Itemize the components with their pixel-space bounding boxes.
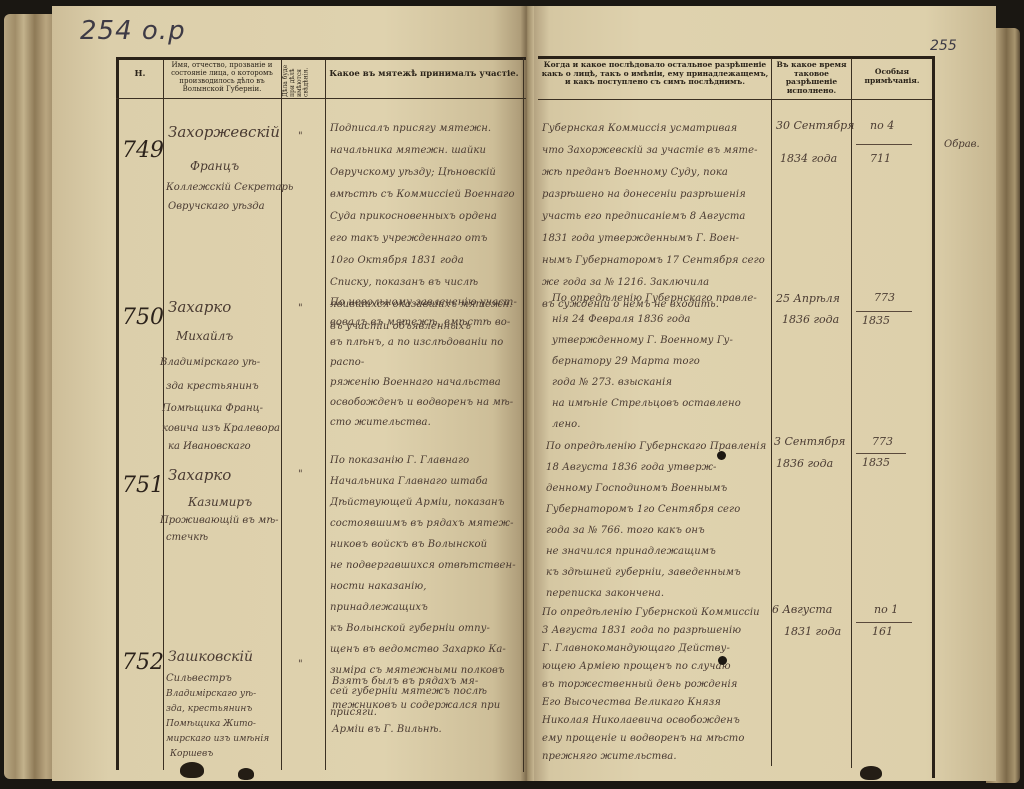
- entry-residence: Проживающій въ мѣ-: [160, 516, 279, 526]
- entry-surname: Захарко: [168, 300, 231, 315]
- entry-district: Владимірскаго уѣ-: [160, 358, 260, 368]
- entry-surname: Захарко: [168, 468, 231, 483]
- header-resolution: Когда и какое послѣдовало остальное разр…: [540, 61, 770, 87]
- entry-resolution: По опредѣленію Губернской Коммиссіи 3 Ав…: [542, 604, 768, 766]
- entry-notes-top: по 1: [874, 604, 898, 615]
- entry-estate: ": [298, 470, 303, 480]
- left-header-rule: [116, 98, 526, 99]
- entry-executed-year: 1834 года: [780, 153, 837, 164]
- left-outer-rule: [116, 58, 119, 770]
- entry-estate: ": [298, 660, 303, 670]
- entry-estate: ": [298, 132, 303, 142]
- left-page-number: 254 о.р: [80, 16, 186, 46]
- entry-executed-date: 25 Апрѣля: [776, 293, 840, 304]
- entry-number: 750: [122, 307, 164, 329]
- right-header-rule: [538, 99, 934, 100]
- entry-notes-top: по 4: [870, 120, 894, 131]
- fraction-line: [856, 311, 912, 312]
- paper-hole: [717, 451, 726, 460]
- entry-district: Владимірскаго уѣ-: [166, 690, 256, 699]
- entry-owner-cont: ковича изъ Кралевора: [162, 424, 280, 434]
- entry-notes-bottom: 711: [870, 153, 891, 164]
- entry-executed-year: 1836 года: [782, 314, 839, 325]
- entry-estate: ": [298, 304, 303, 314]
- header-executed: Въ какое время таковое разрѣшеніе исполн…: [773, 61, 850, 96]
- right-col-rule-2: [851, 58, 852, 768]
- paper-hole: [718, 656, 727, 665]
- left-top-rule: [116, 57, 526, 60]
- entry-rank: Коллежскій Секретарь: [166, 183, 293, 193]
- right-col-rule-1: [771, 58, 772, 766]
- left-col-rule-4: [523, 58, 524, 772]
- entry-notes-bottom: 161: [872, 626, 893, 637]
- entry-first-name: Казимиръ: [188, 496, 252, 508]
- margin-note: Обрав.: [944, 140, 980, 150]
- entry-executed-year: 1831 года: [784, 626, 841, 637]
- entry-owner-cont2: Коршевъ: [170, 750, 213, 759]
- left-col-rule-3: [325, 60, 326, 770]
- header-number: Н.: [118, 70, 162, 80]
- entry-first-name: Сильвестръ: [166, 674, 232, 684]
- entry-notes-bottom: 1835: [862, 315, 890, 326]
- entry-district: Овручскаго уѣзда: [168, 202, 265, 212]
- entry-number: 749: [122, 140, 164, 162]
- entry-executed-year: 1836 года: [776, 458, 833, 469]
- fraction-line: [856, 144, 912, 145]
- header-estate: Дѣла буде при дѣлѣ имѣются свѣдѣнія.: [283, 61, 323, 97]
- entry-first-name: Францъ: [190, 160, 239, 172]
- entry-notes-bottom: 1835: [862, 457, 890, 468]
- right-top-rule: [538, 56, 934, 59]
- entry-surname: Захоржевскій: [168, 125, 280, 140]
- entry-residence-cont: стечкѣ: [166, 533, 208, 543]
- fraction-line: [856, 622, 912, 623]
- left-col-rule-2: [281, 60, 282, 770]
- entry-participation: По невольному завлеченію участ- вовалъ в…: [330, 293, 522, 433]
- entry-resolution: По опредѣленію Губернскаго Правленія 18 …: [546, 436, 768, 604]
- entry-status: зда, крестьянинъ: [166, 705, 252, 714]
- entry-status: зда крестьянинъ: [166, 382, 259, 392]
- book-spread: 254 о.р 255 Н. Имя, отчество, прозваніе …: [0, 0, 1024, 789]
- entry-owner: Помѣщика Жито-: [166, 720, 256, 729]
- entry-notes-top: 773: [874, 292, 895, 303]
- entry-owner: Помѣщика Франц-: [162, 404, 263, 414]
- header-participation: Какое въ мятежѣ принималъ участіе.: [327, 70, 521, 80]
- entry-executed-date: 3 Сентября: [774, 436, 845, 447]
- entry-resolution: По опредѣленію Губернскаго правле- нія 2…: [552, 288, 770, 435]
- ink-blot: [180, 762, 204, 778]
- header-name: Имя, отчество, прозваніе и состояніе лиц…: [165, 61, 279, 93]
- entry-first-name: Михайлъ: [176, 330, 233, 342]
- entry-surname: Зашковскій: [168, 650, 253, 664]
- fraction-line: [856, 453, 906, 454]
- ink-blot: [860, 766, 882, 780]
- entry-resolution: Губернская Коммиссія усматривая что Захо…: [542, 118, 768, 316]
- entry-executed-date: 6 Августа: [772, 604, 832, 615]
- entry-executed-date: 30 Сентября: [776, 120, 854, 131]
- entry-owner-cont2: ка Ивановскаго: [168, 442, 251, 452]
- entry-number: 751: [122, 475, 164, 497]
- entry-owner-cont: мирскаго изъ имѣнія: [166, 735, 269, 744]
- entry-number: 752: [122, 652, 164, 674]
- right-page-number: 255: [930, 38, 957, 54]
- right-outer-rule: [932, 56, 935, 778]
- ink-blot: [238, 768, 254, 780]
- header-notes: Особыя примѣчанія.: [853, 68, 931, 85]
- entry-participation: Взятъ былъ въ рядахъ мя- тежниковъ и сод…: [332, 670, 522, 742]
- entry-notes-top: 773: [872, 436, 893, 447]
